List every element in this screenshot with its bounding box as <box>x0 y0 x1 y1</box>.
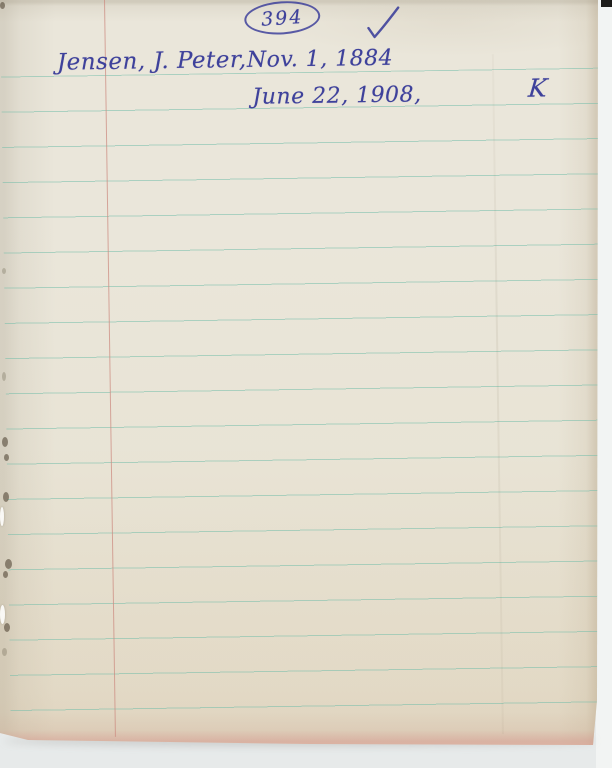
binding-tear-mark <box>2 437 8 447</box>
entry-name: Jensen, J. Peter, <box>57 47 247 76</box>
scanned-ledger-page: 394 Jensen, J. Peter, Nov. 1, 1884 June … <box>0 0 612 768</box>
binding-tear-mark <box>4 454 9 461</box>
checkmark-icon <box>362 4 405 43</box>
notebook-page: 394 Jensen, J. Peter, Nov. 1, 1884 June … <box>0 0 598 746</box>
binding-tear-mark <box>0 2 5 9</box>
binding-tear-mark <box>3 571 8 578</box>
entry-date-1: Nov. 1, 1884 <box>247 46 394 73</box>
binding-tear-mark <box>3 492 9 502</box>
binding-tear-mark <box>2 648 7 656</box>
binding-tear-mark <box>5 559 12 569</box>
page-number: 394 <box>260 5 304 30</box>
binding-tear-mark <box>2 268 6 274</box>
margin-initial-letter: K <box>527 73 549 102</box>
binding-tear-notch <box>0 605 5 624</box>
page-number-circle: 394 <box>243 0 321 37</box>
scan-corner-artifact <box>601 0 612 7</box>
entry-date-2: June 22, 1908, <box>252 82 421 110</box>
binding-tear-notch <box>0 507 4 526</box>
binding-tear-mark <box>2 372 6 381</box>
ruled-lines <box>1 68 608 713</box>
page-content: 394 Jensen, J. Peter, Nov. 1, 1884 June … <box>0 0 609 747</box>
binding-tear-mark <box>4 623 10 632</box>
